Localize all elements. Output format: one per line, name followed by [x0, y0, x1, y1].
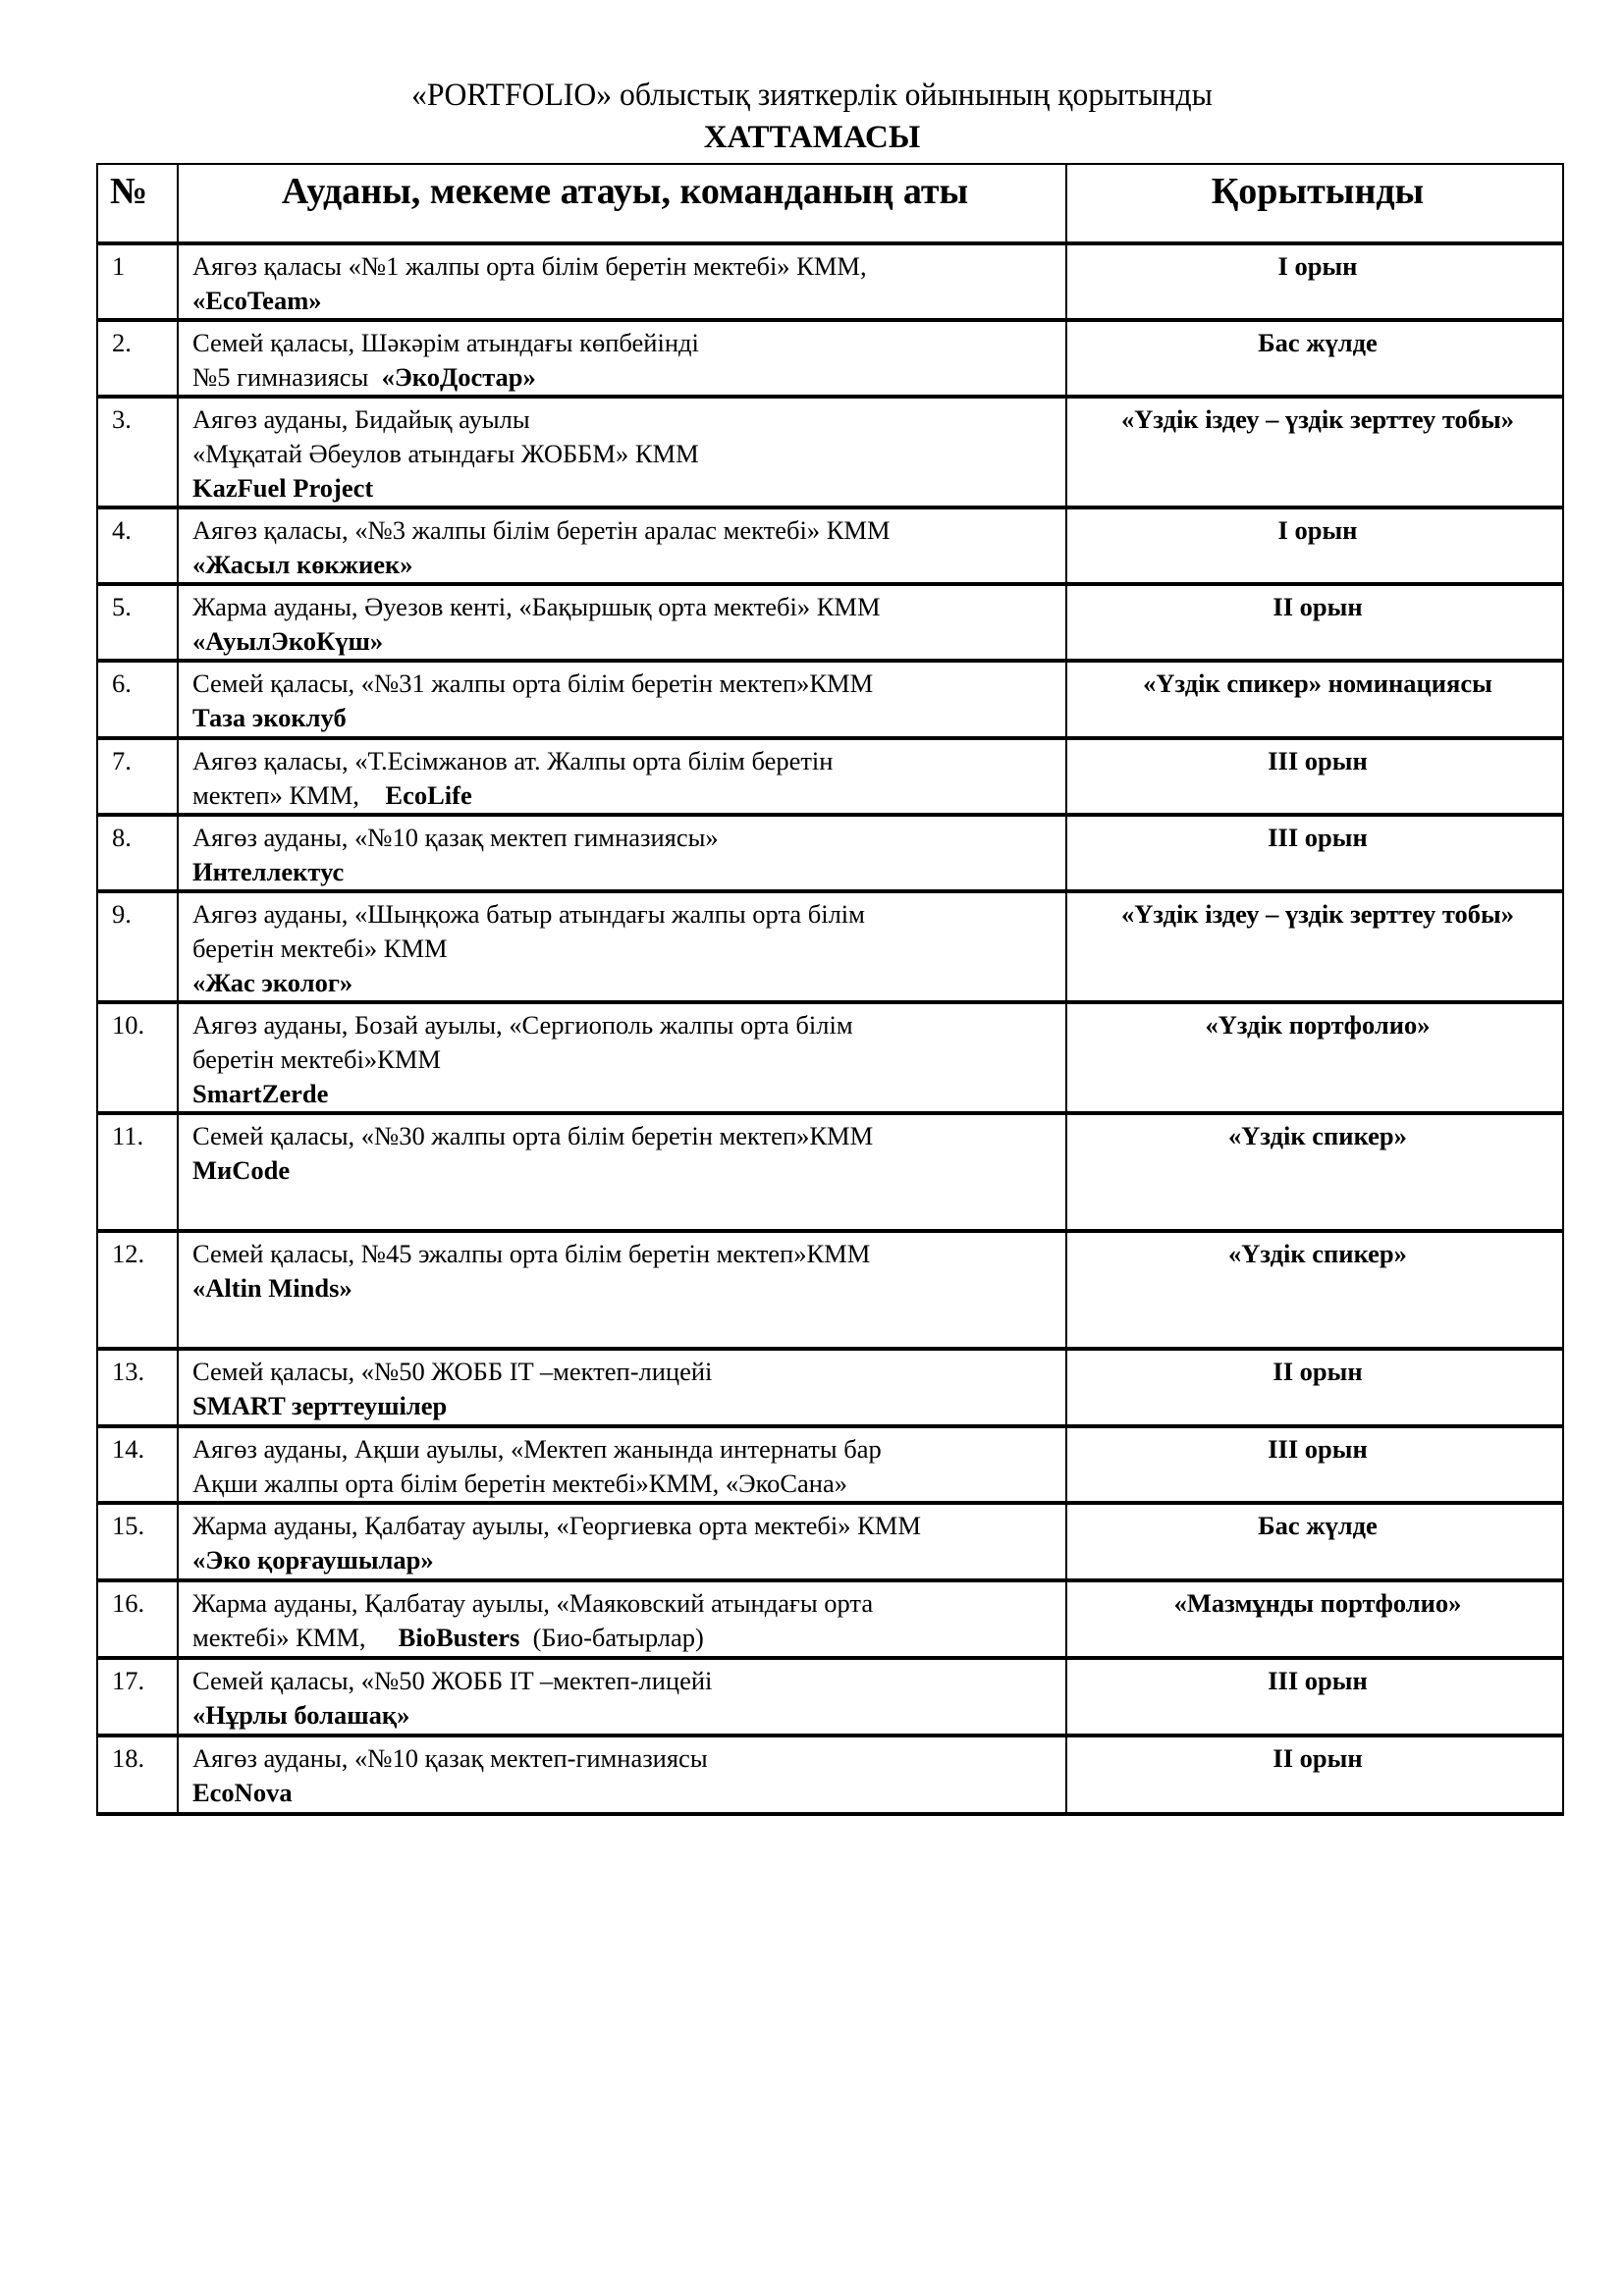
result-cell: III орын: [1066, 815, 1563, 891]
result-cell: «Үздік спикер»: [1066, 1113, 1563, 1231]
row-number: 16.: [97, 1580, 178, 1658]
institution-line: Семей қаласы, «№50 ЖОББ IT –мектеп-лицей…: [192, 1355, 1057, 1389]
result-cell: Бас жүлде: [1066, 1503, 1563, 1580]
result-cell: II орын: [1066, 1349, 1563, 1426]
institution-line: Аягөз ауданы, Бозай ауылы, «Сергиополь ж…: [192, 1008, 1057, 1042]
institution-text: Аягөз ауданы, «№10 қазақ мектеп-гимназия…: [192, 1743, 708, 1773]
institution-cell: Жарма ауданы, Қалбатау ауылы, «Георгиевк…: [178, 1503, 1066, 1580]
institution-text: Жарма ауданы, Әуезов кенті, «Бақыршық ор…: [192, 592, 881, 621]
institution-line: «EcoTeam»: [192, 284, 1057, 318]
row-number: 4.: [97, 507, 178, 584]
institution-cell: Аягөз ауданы, Бидайық ауылы«Мұқатай Әбеу…: [178, 397, 1066, 507]
institution-text: мектеп» КММ,: [192, 780, 385, 810]
team-name: BioBusters: [399, 1623, 520, 1652]
institution-text: Семей қаласы, №45 эжалпы орта білім бере…: [192, 1239, 870, 1268]
institution-line: Аягөз ауданы, «Шыңқожа батыр атындағы жа…: [192, 897, 1057, 932]
institution-cell: Аягөз ауданы, Бозай ауылы, «Сергиополь ж…: [178, 1002, 1066, 1113]
institution-cell: Аягөз қаласы, «№3 жалпы білім беретін ар…: [178, 507, 1066, 584]
table-row: 17.Семей қаласы, «№50 ЖОББ IT –мектеп-ли…: [97, 1658, 1563, 1735]
institution-cell: Семей қаласы, «№50 ЖОББ IT –мектеп-лицей…: [178, 1658, 1066, 1735]
institution-line: Жарма ауданы, Қалбатау ауылы, «Маяковски…: [192, 1586, 1057, 1621]
institution-line: Семей қаласы, «№31 жалпы орта білім бере…: [192, 667, 1057, 701]
result-cell: II орын: [1066, 584, 1563, 661]
institution-cell: Семей қаласы, №45 эжалпы орта білім бере…: [178, 1231, 1066, 1349]
institution-text: Аягөз қаласы, «Т.Есімжанов ат. Жалпы орт…: [192, 746, 833, 775]
result-cell: «Үздік спикер»: [1066, 1231, 1563, 1349]
row-number: 11.: [97, 1113, 178, 1231]
team-name: «EcoTeam»: [192, 286, 322, 315]
row-number: 14.: [97, 1426, 178, 1503]
table-row: 1Аягөз қаласы «№1 жалпы орта білім берет…: [97, 243, 1563, 320]
institution-line: Семей қаласы, Шәкәрім атындағы көпбейінд…: [192, 326, 1057, 360]
institution-line: SMART зерттеушілер: [192, 1389, 1057, 1423]
institution-text: Аягөз ауданы, «№10 қазақ мектеп гимназия…: [192, 823, 719, 852]
table-row: 3.Аягөз ауданы, Бидайық ауылы«Мұқатай Әб…: [97, 397, 1563, 507]
row-number: 3.: [97, 397, 178, 507]
institution-cell: Аягөз ауданы, «№10 қазақ мектеп гимназия…: [178, 815, 1066, 891]
team-name: Интеллектус: [192, 857, 344, 886]
team-name: «Жас эколог»: [192, 968, 352, 997]
institution-cell: Аягөз қаласы, «Т.Есімжанов ат. Жалпы орт…: [178, 738, 1066, 815]
team-name: «Altin Minds»: [192, 1273, 352, 1303]
header-institution: Ауданы, мекеме атауы, команданың аты: [178, 164, 1066, 243]
header-number: №: [97, 164, 178, 243]
row-number: 13.: [97, 1349, 178, 1426]
team-name: «ЭкоДостар»: [382, 362, 536, 392]
institution-text: беретін мектебі»КММ: [192, 1044, 441, 1074]
institution-line: Семей қаласы, №45 эжалпы орта білім бере…: [192, 1237, 1057, 1271]
row-number: 10.: [97, 1002, 178, 1113]
table-row: 13.Семей қаласы, «№50 ЖОББ IT –мектеп-ли…: [97, 1349, 1563, 1426]
institution-line: Семей қаласы, «№30 жалпы орта білім бере…: [192, 1119, 1057, 1153]
team-name: EcoNova: [192, 1778, 293, 1807]
result-cell: «Үздік іздеу – үздік зерттеу тобы»: [1066, 891, 1563, 1002]
institution-line: KazFuel Project: [192, 471, 1057, 506]
table-row: 5.Жарма ауданы, Әуезов кенті, «Бақыршық …: [97, 584, 1563, 661]
institution-line: «АуылЭкоКүш»: [192, 624, 1057, 659]
institution-cell: Семей қаласы, «№50 ЖОББ IT –мектеп-лицей…: [178, 1349, 1066, 1426]
institution-line: Аягөз ауданы, Бидайық ауылы: [192, 402, 1057, 437]
institution-text: Аягөз ауданы, Ақши ауылы, «Мектеп жанынд…: [192, 1434, 882, 1464]
result-cell: I орын: [1066, 243, 1563, 320]
table-row: 16.Жарма ауданы, Қалбатау ауылы, «Маяков…: [97, 1580, 1563, 1658]
institution-text: мектебі» КММ,: [192, 1623, 399, 1652]
table-row: 18.Аягөз ауданы, «№10 қазақ мектеп-гимна…: [97, 1735, 1563, 1814]
table-row: 10.Аягөз ауданы, Бозай ауылы, «Сергиопол…: [97, 1002, 1563, 1113]
row-number: 5.: [97, 584, 178, 661]
table-row: 14.Аягөз ауданы, Ақши ауылы, «Мектеп жан…: [97, 1426, 1563, 1503]
row-number: 12.: [97, 1231, 178, 1349]
team-name-translation: (Био-батырлар): [519, 1623, 703, 1652]
institution-cell: Аягөз ауданы, «Шыңқожа батыр атындағы жа…: [178, 891, 1066, 1002]
institution-text: Аягөз қаласы, «№3 жалпы білім беретін ар…: [192, 515, 891, 545]
team-name: «АуылЭкоКүш»: [192, 626, 383, 656]
institution-line: EcoNova: [192, 1776, 1057, 1810]
result-cell: «Мазмұнды портфолио»: [1066, 1580, 1563, 1658]
document-title: «PORTFOLIO» облыстық зияткерлік ойынының…: [32, 77, 1592, 114]
institution-line: №5 гимназиясы «ЭкоДостар»: [192, 360, 1057, 395]
result-cell: II орын: [1066, 1735, 1563, 1814]
result-cell: III орын: [1066, 1426, 1563, 1503]
team-name: KazFuel Project: [192, 473, 373, 503]
institution-line: беретін мектебі» КММ: [192, 932, 1057, 966]
institution-text: Ақши жалпы орта білім беретін мектебі»КМ…: [192, 1468, 847, 1498]
institution-line: Жарма ауданы, Қалбатау ауылы, «Георгиевк…: [192, 1509, 1057, 1543]
table-row: 6.Семей қаласы, «№31 жалпы орта білім бе…: [97, 661, 1563, 738]
team-name: «Нұрлы болашақ»: [192, 1700, 409, 1730]
result-cell: «Үздік портфолио»: [1066, 1002, 1563, 1113]
row-number: 18.: [97, 1735, 178, 1814]
institution-cell: Аягөз қаласы «№1 жалпы орта білім береті…: [178, 243, 1066, 320]
institution-text: Аягөз ауданы, «Шыңқожа батыр атындағы жа…: [192, 899, 865, 929]
row-number: 15.: [97, 1503, 178, 1580]
institution-text: Семей қаласы, «№31 жалпы орта білім бере…: [192, 668, 873, 698]
institution-line: «Нұрлы болашақ»: [192, 1698, 1057, 1733]
row-number: 7.: [97, 738, 178, 815]
table-row: 11.Семей қаласы, «№30 жалпы орта білім б…: [97, 1113, 1563, 1231]
institution-line: «Altin Minds»: [192, 1271, 1057, 1306]
results-table: № Ауданы, мекеме атауы, команданың аты Қ…: [96, 163, 1564, 1816]
row-number: 9.: [97, 891, 178, 1002]
institution-line: МиCode: [192, 1153, 1057, 1188]
institution-line: «Эко қорғаушылар»: [192, 1543, 1057, 1577]
institution-line: Аягөз қаласы, «Т.Есімжанов ат. Жалпы орт…: [192, 744, 1057, 778]
institution-text: беретін мектебі» КММ: [192, 934, 448, 963]
institution-text: Жарма ауданы, Қалбатау ауылы, «Маяковски…: [192, 1588, 873, 1618]
institution-text: Аягөз қаласы «№1 жалпы орта білім береті…: [192, 251, 867, 281]
team-name: «Эко қорғаушылар»: [192, 1545, 434, 1575]
institution-line: Аягөз қаласы, «№3 жалпы білім беретін ар…: [192, 513, 1057, 548]
team-name: SMART зерттеушілер: [192, 1391, 447, 1420]
institution-text: №5 гимназиясы: [192, 362, 382, 392]
result-cell: III орын: [1066, 738, 1563, 815]
institution-line: беретін мектебі»КММ: [192, 1042, 1057, 1077]
institution-line: Аягөз ауданы, «№10 қазақ мектеп-гимназия…: [192, 1741, 1057, 1776]
document-subtitle: ХАТТАМАСЫ: [0, 119, 1624, 156]
institution-line: Таза экоклуб: [192, 701, 1057, 735]
institution-cell: Семей қаласы, «№30 жалпы орта білім бере…: [178, 1113, 1066, 1231]
institution-line: «Жас эколог»: [192, 966, 1057, 1000]
table-row: 7.Аягөз қаласы, «Т.Есімжанов ат. Жалпы о…: [97, 738, 1563, 815]
table-row: 12.Семей қаласы, №45 эжалпы орта білім б…: [97, 1231, 1563, 1349]
institution-cell: Аягөз ауданы, Ақши ауылы, «Мектеп жанынд…: [178, 1426, 1066, 1503]
institution-text: Семей қаласы, «№30 жалпы орта білім бере…: [192, 1121, 873, 1150]
institution-line: Интеллектус: [192, 855, 1057, 889]
institution-line: Аягөз қаласы «№1 жалпы орта білім береті…: [192, 249, 1057, 284]
team-name: EcoLife: [385, 780, 471, 810]
institution-line: мектебі» КММ, BioBusters (Био-батырлар): [192, 1621, 1057, 1655]
institution-cell: Жарма ауданы, Қалбатау ауылы, «Маяковски…: [178, 1580, 1066, 1658]
table-row: 8.Аягөз ауданы, «№10 қазақ мектеп гимназ…: [97, 815, 1563, 891]
table-header-row: № Ауданы, мекеме атауы, команданың аты Қ…: [97, 164, 1563, 243]
institution-cell: Аягөз ауданы, «№10 қазақ мектеп-гимназия…: [178, 1735, 1066, 1814]
institution-text: «Мұқатай Әбеулов атындағы ЖОББМ» КММ: [192, 439, 699, 468]
table-row: 9.Аягөз ауданы, «Шыңқожа батыр атындағы …: [97, 891, 1563, 1002]
row-number: 6.: [97, 661, 178, 738]
institution-cell: Семей қаласы, Шәкәрім атындағы көпбейінд…: [178, 320, 1066, 397]
row-number: 8.: [97, 815, 178, 891]
result-cell: I орын: [1066, 507, 1563, 584]
institution-line: Семей қаласы, «№50 ЖОББ IT –мектеп-лицей…: [192, 1664, 1057, 1698]
institution-text: Семей қаласы, «№50 ЖОББ IT –мектеп-лицей…: [192, 1666, 712, 1695]
institution-line: «Мұқатай Әбеулов атындағы ЖОББМ» КММ: [192, 437, 1057, 471]
institution-line: Ақши жалпы орта білім беретін мектебі»КМ…: [192, 1467, 1057, 1501]
institution-line: «Жасыл көкжиек»: [192, 548, 1057, 582]
institution-text: Семей қаласы, Шәкәрім атындағы көпбейінд…: [192, 328, 699, 357]
team-name: SmartZerde: [192, 1079, 328, 1108]
institution-line: мектеп» КММ, EcoLife: [192, 778, 1057, 813]
institution-text: Аягөз ауданы, Бозай ауылы, «Сергиополь ж…: [192, 1010, 853, 1040]
result-cell: Бас жүлде: [1066, 320, 1563, 397]
table-row: 2.Семей қаласы, Шәкәрім атындағы көпбейі…: [97, 320, 1563, 397]
row-number: 17.: [97, 1658, 178, 1735]
institution-text: Аягөз ауданы, Бидайық ауылы: [192, 404, 530, 434]
institution-line: SmartZerde: [192, 1077, 1057, 1111]
result-cell: III орын: [1066, 1658, 1563, 1735]
header-result: Қорытынды: [1066, 164, 1563, 243]
team-name: Таза экоклуб: [192, 703, 347, 732]
team-name: «Жасыл көкжиек»: [192, 550, 413, 579]
institution-line: Жарма ауданы, Әуезов кенті, «Бақыршық ор…: [192, 590, 1057, 624]
row-number: 2.: [97, 320, 178, 397]
institution-line: Аягөз ауданы, Ақши ауылы, «Мектеп жанынд…: [192, 1432, 1057, 1467]
institution-line: Аягөз ауданы, «№10 қазақ мектеп гимназия…: [192, 821, 1057, 855]
result-cell: «Үздік спикер» номинациясы: [1066, 661, 1563, 738]
institution-cell: Жарма ауданы, Әуезов кенті, «Бақыршық ор…: [178, 584, 1066, 661]
table-row: 15.Жарма ауданы, Қалбатау ауылы, «Георги…: [97, 1503, 1563, 1580]
result-cell: «Үздік іздеу – үздік зерттеу тобы»: [1066, 397, 1563, 507]
institution-text: Семей қаласы, «№50 ЖОББ IT –мектеп-лицей…: [192, 1357, 712, 1386]
institution-cell: Семей қаласы, «№31 жалпы орта білім бере…: [178, 661, 1066, 738]
row-number: 1: [97, 243, 178, 320]
institution-text: Жарма ауданы, Қалбатау ауылы, «Георгиевк…: [192, 1511, 921, 1540]
team-name: МиCode: [192, 1155, 290, 1185]
table-row: 4.Аягөз қаласы, «№3 жалпы білім беретін …: [97, 507, 1563, 584]
